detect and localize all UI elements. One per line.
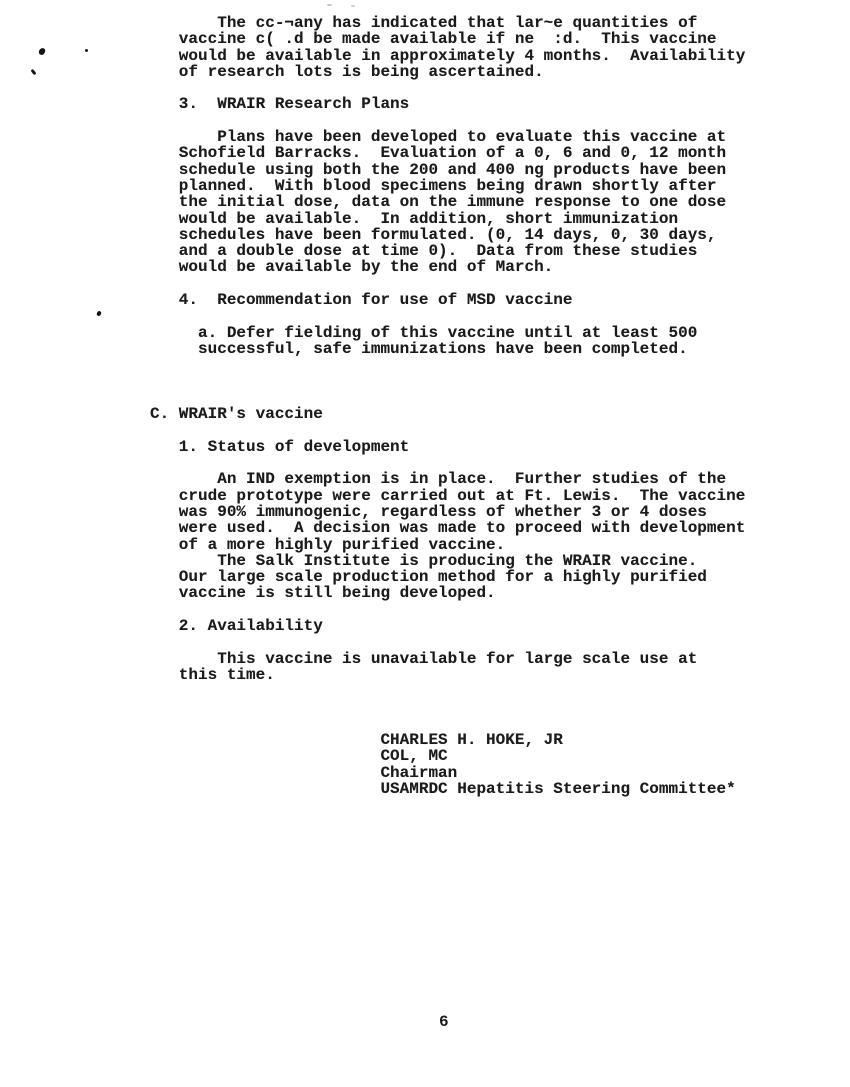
ink-speck — [327, 4, 332, 6]
page-number: 6 — [439, 1014, 449, 1030]
ink-speck — [96, 310, 102, 316]
scanned-document-page: The cc-¬any has indicated that lar~e qua… — [0, 0, 850, 1087]
ink-speck — [38, 47, 46, 56]
ink-speck — [30, 69, 36, 76]
document-body-text: The cc-¬any has indicated that lar~e qua… — [150, 15, 745, 797]
ink-speck — [351, 5, 355, 7]
ink-speck — [85, 49, 88, 52]
